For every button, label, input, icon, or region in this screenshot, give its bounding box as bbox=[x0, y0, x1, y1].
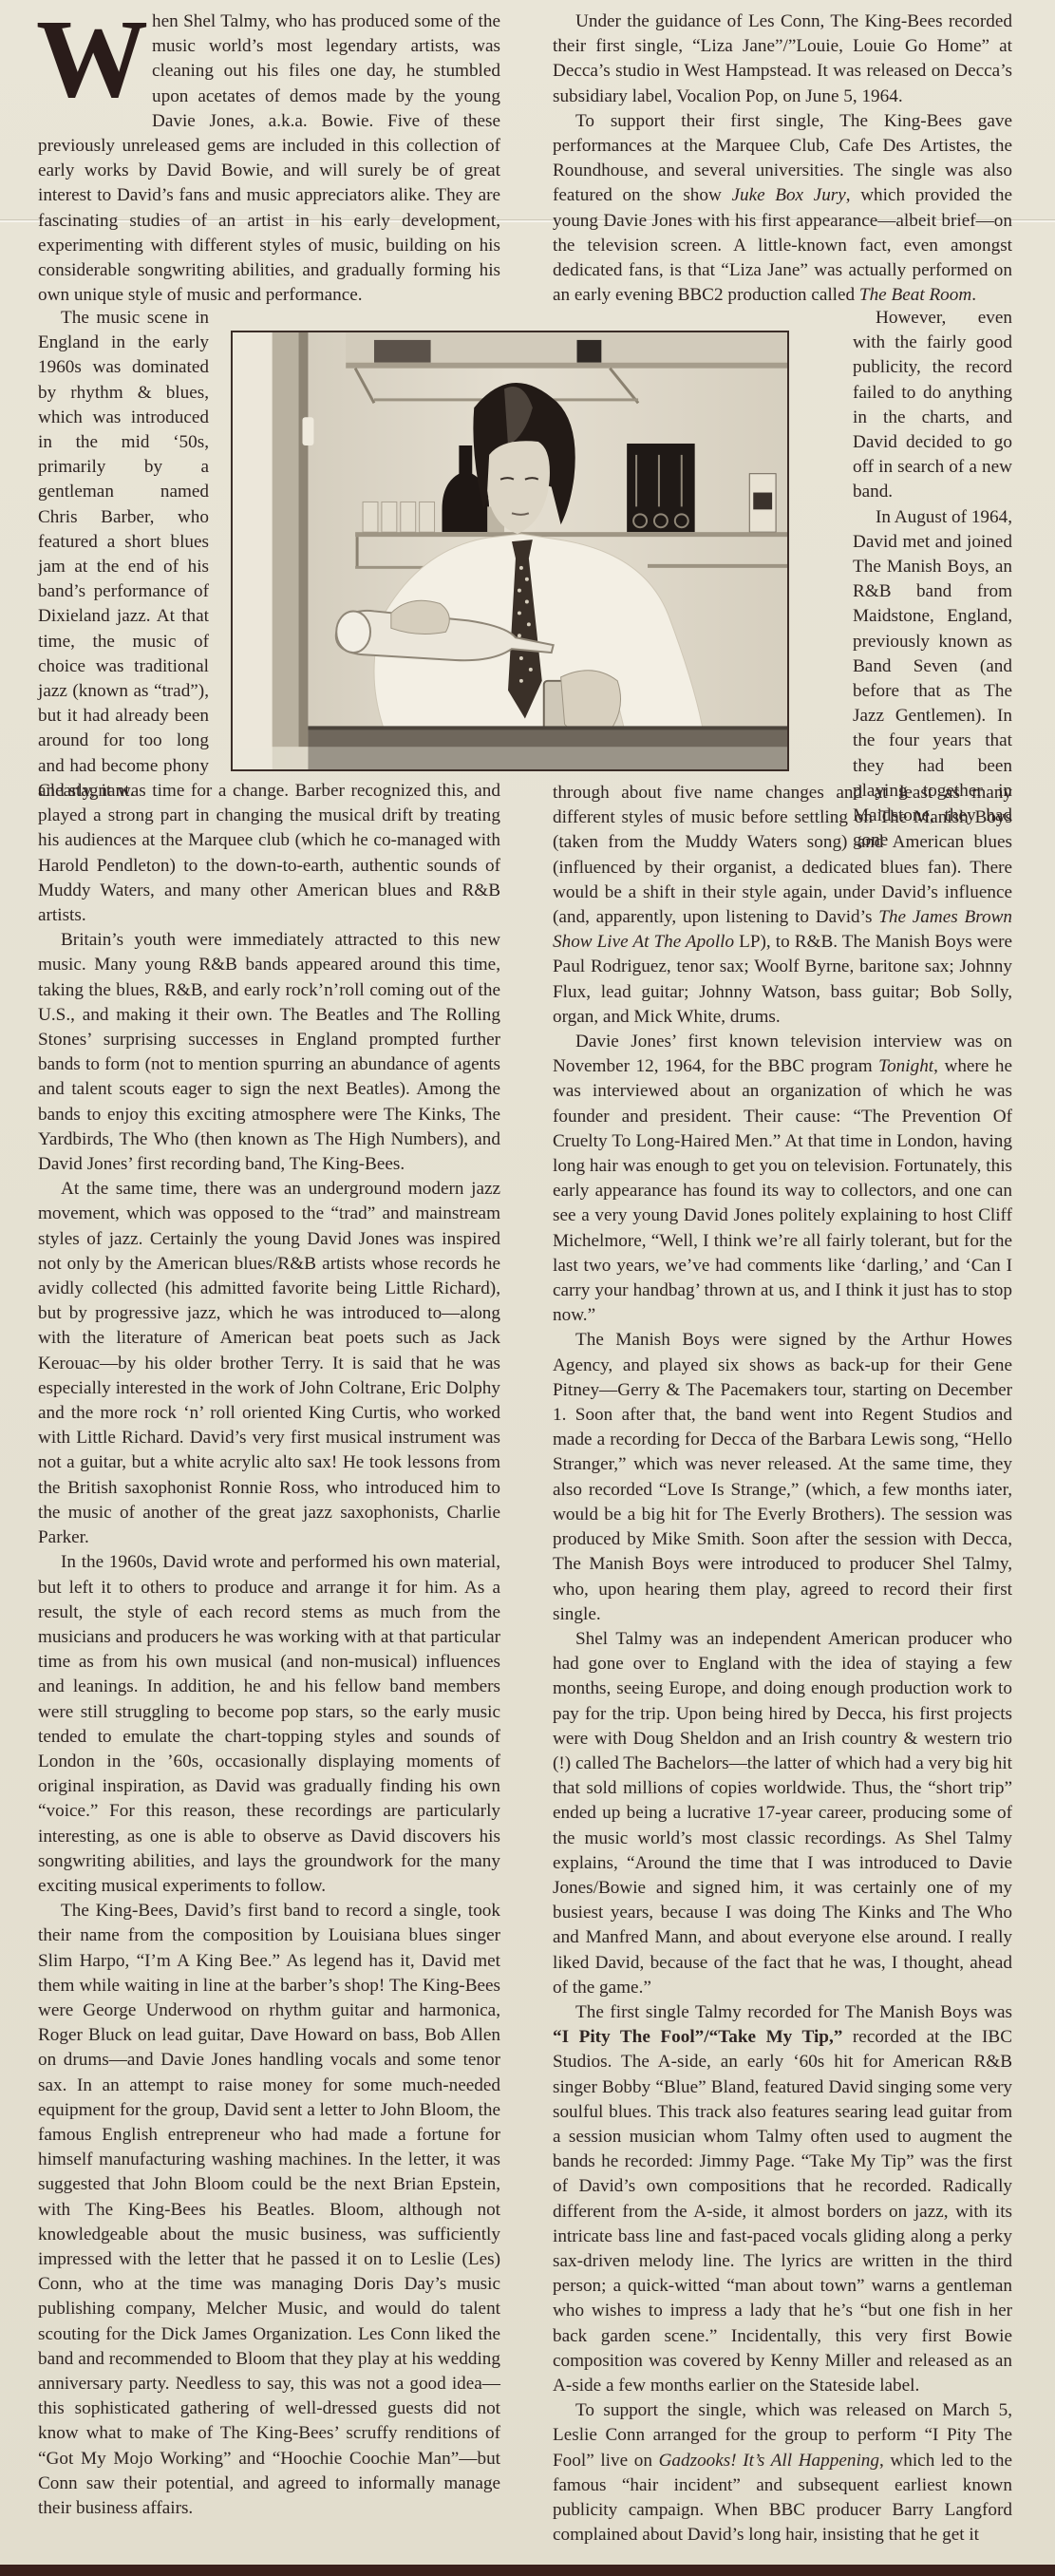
left-column-body: Clearly, it was time for a change. Barbe… bbox=[38, 779, 500, 2521]
right-column-body: through about five name changes and at l… bbox=[553, 781, 1012, 2548]
drop-cap: W bbox=[36, 15, 144, 110]
juke-box-jury-paragraph: To support their first single, The King-… bbox=[553, 109, 1012, 309]
publicity-paragraph: However, even with the fairly good publi… bbox=[853, 306, 1012, 505]
modern-jazz-paragraph: At the same time, there was an undergrou… bbox=[38, 1177, 500, 1550]
king-bees-paragraph: The King-Bees, David’s first band to rec… bbox=[38, 1899, 500, 2521]
show-title: Gadzooks! It’s All Happening bbox=[659, 2451, 879, 2471]
les-conn-paragraph: Under the guidance of Les Conn, The King… bbox=[553, 9, 1012, 109]
show-title: The Beat Room bbox=[859, 285, 971, 305]
right-column-top: Under the guidance of Les Conn, The King… bbox=[553, 9, 1012, 308]
sixties-material-paragraph: In the 1960s, David wrote and performed … bbox=[38, 1550, 500, 1899]
page-bottom-edge bbox=[0, 2565, 1055, 2576]
arthur-howes-paragraph: The Manish Boys were signed by the Arthu… bbox=[553, 1328, 1012, 1626]
single-title: “I Pity The Fool”/“Take My Tip,” bbox=[553, 2027, 842, 2047]
music-scene-paragraph: The music scene in England in the early … bbox=[38, 306, 209, 804]
bar-photo bbox=[231, 331, 789, 771]
barber-paragraph: Clearly, it was time for a change. Barbe… bbox=[38, 779, 500, 928]
gadzooks-paragraph: To support the single, which was release… bbox=[553, 2398, 1012, 2548]
manish-boys-continuation: through about five name changes and at l… bbox=[553, 781, 1012, 1030]
left-column-wrap: The music scene in England in the early … bbox=[38, 306, 209, 804]
intro-paragraph: When Shel Talmy, who has produced some o… bbox=[38, 9, 500, 308]
show-title: Juke Box Jury bbox=[731, 185, 845, 205]
britains-youth-paragraph: Britain’s youth were immediately attract… bbox=[38, 928, 500, 1177]
shel-talmy-paragraph: Shel Talmy was an independent American p… bbox=[553, 1627, 1012, 2000]
left-column-intro: When Shel Talmy, who has produced some o… bbox=[38, 9, 500, 308]
tonight-interview-paragraph: Davie Jones’ first known television inte… bbox=[553, 1030, 1012, 1328]
photo-illustration bbox=[233, 332, 787, 769]
right-column-wrap: However, even with the fairly good publi… bbox=[853, 306, 1012, 853]
pity-the-fool-paragraph: The first single Talmy recorded for The … bbox=[553, 2000, 1012, 2398]
liner-notes-page: When Shel Talmy, who has produced some o… bbox=[0, 0, 1055, 2565]
show-title: Tonight bbox=[878, 1056, 933, 1076]
